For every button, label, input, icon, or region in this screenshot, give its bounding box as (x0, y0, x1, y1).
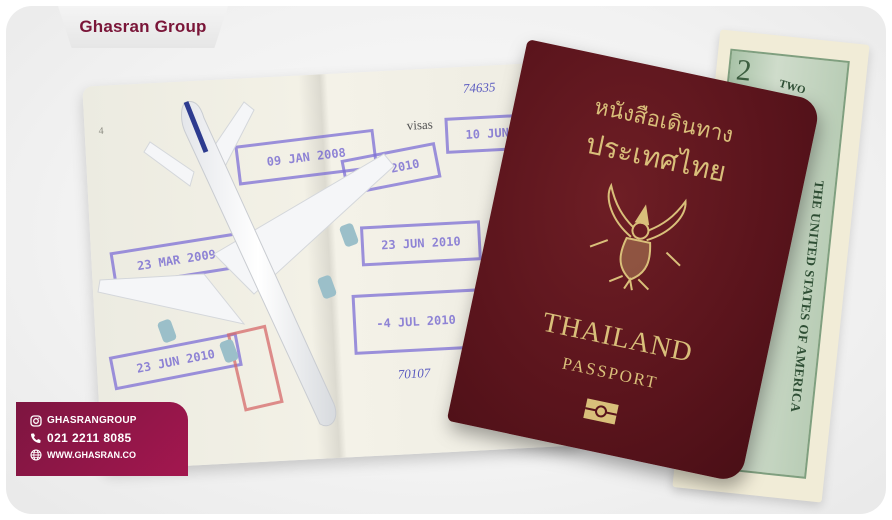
phone-row[interactable]: 021 2211 8085 (30, 429, 188, 446)
contact-card: GHASRANGROUP 021 2211 8085 WWW.GHASRAN.C… (16, 402, 188, 476)
website-link[interactable]: WWW.GHASRAN.CO (47, 450, 136, 460)
toy-airplane-icon (94, 94, 394, 434)
instagram-icon (30, 415, 42, 427)
instagram-row[interactable]: GHASRANGROUP (30, 412, 188, 429)
biometric-chip-icon (582, 397, 620, 426)
brand-header-tab: Ghasran Group (58, 6, 228, 48)
garuda-emblem-icon (566, 175, 708, 317)
banner-image: 4 5 09 JAN 2008 23 MAR 2009 23 JUN 2010 … (6, 6, 886, 514)
brand-title: Ghasran Group (79, 17, 206, 37)
instagram-handle[interactable]: GHASRANGROUP (47, 415, 137, 426)
globe-icon (30, 449, 42, 461)
website-row[interactable]: WWW.GHASRAN.CO (30, 446, 188, 463)
phone-icon (30, 432, 42, 444)
phone-number[interactable]: 021 2211 8085 (47, 431, 132, 445)
handwritten-note: 74635 (462, 79, 495, 97)
visas-label: visas (406, 117, 433, 134)
handwritten-note: 70107 (397, 365, 430, 383)
